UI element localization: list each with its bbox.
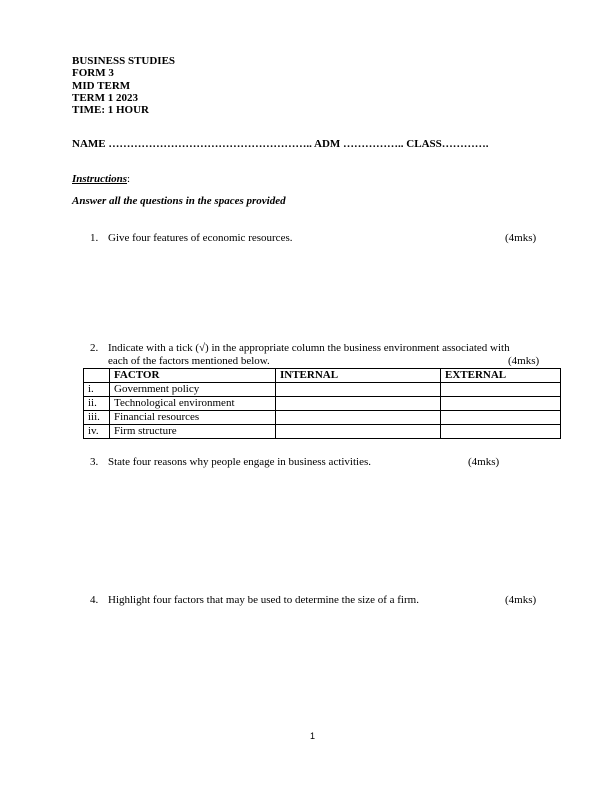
question-text-line-1: Indicate with a tick (√) in the appropri… [108, 342, 510, 354]
question-marks: (4mks) [505, 594, 536, 606]
row-factor: Technological environment [110, 397, 276, 411]
question-marks: (4mks) [505, 232, 536, 244]
table-row: iii. Financial resources [84, 411, 561, 425]
question-text: Give four features of economic resources… [108, 232, 292, 244]
instructions-heading-text: Instructions [72, 173, 127, 185]
exam-term: TERM 1 2023 [72, 92, 138, 104]
student-details-line: NAME ……………………………………………….. ADM …………….. CL… [72, 138, 489, 150]
question-text: State four reasons why people engage in … [108, 456, 371, 468]
internal-cell[interactable] [276, 383, 441, 397]
exam-type: MID TERM [72, 80, 130, 92]
question-number: 4. [90, 594, 98, 606]
internal-cell[interactable] [276, 411, 441, 425]
external-cell[interactable] [441, 383, 561, 397]
question-text-line-2: each of the factors mentioned below. [108, 355, 270, 367]
row-factor: Firm structure [110, 425, 276, 439]
instructions-colon: : [127, 173, 130, 185]
instructions-text: Answer all the questions in the spaces p… [72, 195, 286, 207]
internal-cell[interactable] [276, 425, 441, 439]
adm-label: ADM [314, 138, 340, 150]
question-marks: (4mks) [508, 355, 539, 367]
page-number: 1 [310, 731, 315, 741]
form-level: FORM 3 [72, 67, 114, 79]
table-row: iv. Firm structure [84, 425, 561, 439]
class-label: CLASS [406, 138, 441, 150]
table-row: ii. Technological environment [84, 397, 561, 411]
table-row: i. Government policy [84, 383, 561, 397]
header-internal: INTERNAL [276, 369, 441, 383]
question-number: 3. [90, 456, 98, 468]
row-index: iv. [84, 425, 110, 439]
internal-cell[interactable] [276, 397, 441, 411]
header-factor: FACTOR [110, 369, 276, 383]
question-number: 2. [90, 342, 98, 354]
adm-field[interactable]: …………….. [343, 138, 404, 150]
row-index: i. [84, 383, 110, 397]
row-factor: Government policy [110, 383, 276, 397]
external-cell[interactable] [441, 425, 561, 439]
subject-title: BUSINESS STUDIES [72, 55, 175, 67]
row-factor: Financial resources [110, 411, 276, 425]
business-environment-table: FACTOR INTERNAL EXTERNAL i. Government p… [83, 368, 561, 439]
instructions-heading: Instructions: [72, 173, 130, 185]
header-index [84, 369, 110, 383]
row-index: ii. [84, 397, 110, 411]
name-field[interactable]: ……………………………………………….. [108, 138, 312, 150]
question-number: 1. [90, 232, 98, 244]
class-field[interactable]: …………. [442, 138, 489, 150]
name-label: NAME [72, 138, 106, 150]
external-cell[interactable] [441, 411, 561, 425]
external-cell[interactable] [441, 397, 561, 411]
exam-time: TIME: 1 HOUR [72, 104, 149, 116]
header-external: EXTERNAL [441, 369, 561, 383]
table-header-row: FACTOR INTERNAL EXTERNAL [84, 369, 561, 383]
row-index: iii. [84, 411, 110, 425]
question-marks: (4mks) [468, 456, 499, 468]
question-text: Highlight four factors that may be used … [108, 594, 419, 606]
